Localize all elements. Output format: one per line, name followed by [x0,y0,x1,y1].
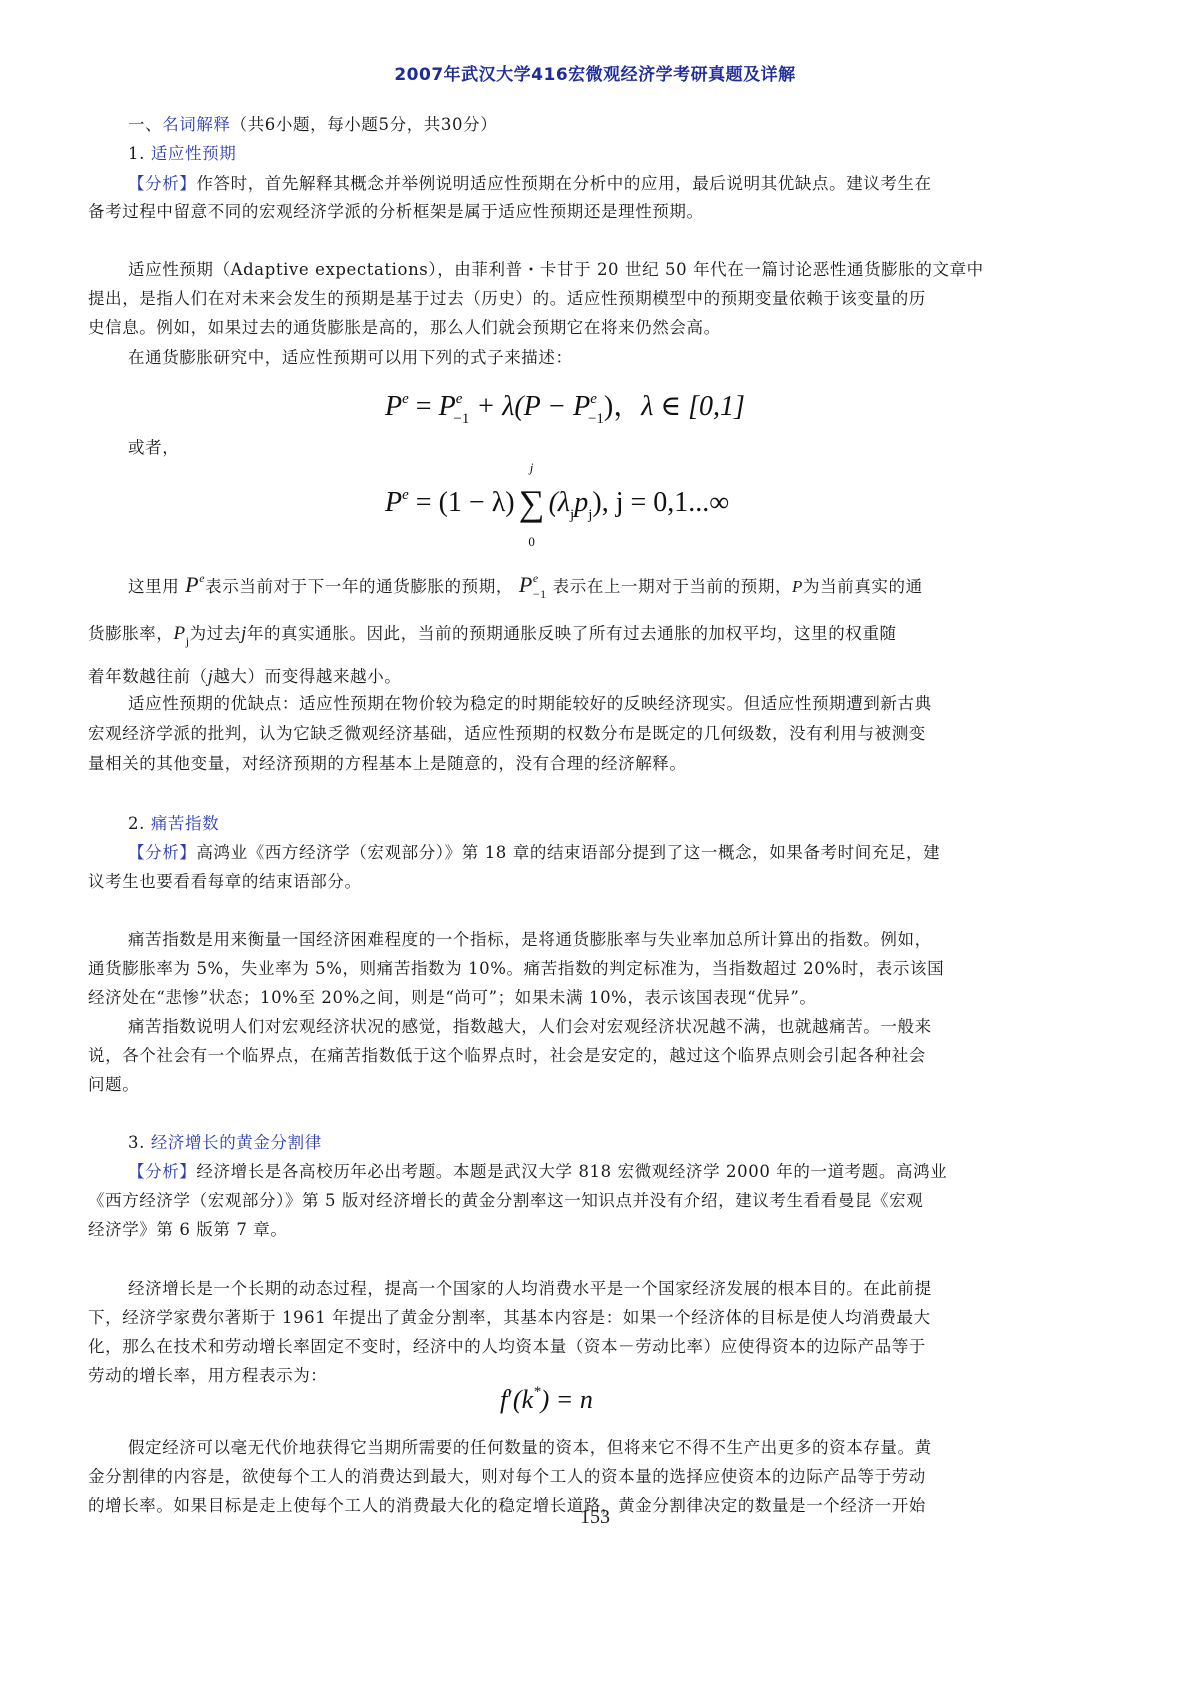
formula-term: P [385,487,402,518]
document-title: 2007年武汉大学416宏微观经济学考研真题及详解 [0,60,1190,85]
analysis-text: 作答时，首先解释其概念并举例说明适应性预期在分析中的应用，最后说明其优缺点。建议… [196,174,931,193]
formula-sup: e [456,391,463,407]
formula-op: = (1 − λ) [409,487,515,518]
question-2-heading: 2. 痛苦指数 [128,812,1108,836]
text: 年的真实通胀。因此，当前的预期通胀反映了所有过去通胀的加权平均，这里的权重随 [247,624,897,643]
question-number: 1. [128,144,145,163]
sum-upper-limit: j [515,460,549,476]
q1-analysis-line-1: 【分析】作答时，首先解释其概念并举例说明适应性预期在分析中的应用，最后说明其优缺… [128,172,1108,196]
text: 货膨胀率， [88,624,174,643]
text: 为过去 [190,624,241,643]
question-title: 适应性预期 [151,144,237,163]
q2-p1-line-1: 痛苦指数是用来衡量一国经济困难程度的一个指标，是将通货膨胀率与失业率加总所计算出… [128,928,1108,952]
q1-p6-line-1: 适应性预期的优缺点：适应性预期在物价较为稳定的时期能较好的反映经济现实。但适应性… [128,692,1108,716]
analysis-tag: 【分析】 [128,174,196,193]
analysis-text: 经济增长是各高校历年必出考题。本题是武汉大学 818 宏微观经济学 2000 年… [196,1162,947,1181]
analysis-tag: 【分析】 [128,1162,196,1181]
question-title: 经济增长的黄金分割律 [151,1133,322,1152]
formula-sup: e [402,487,409,503]
text: 表示当前对于下一年的通货膨胀的预期， [205,577,513,596]
summation-symbol: j∑0 [515,482,549,524]
text: 越大）而变得越来越小。 [213,667,401,686]
q1-or-text: 或者， [128,436,1108,460]
q2-p1-line-3: 经济处在“悲惨”状态；10%至 20%之间，则是“尚可”；如果未满 10%，表示… [88,986,1108,1010]
q2-p2-line-1: 痛苦指数说明人们对宏观经济状况的感觉，指数越大，人们会对宏观经济状况越不满，也就… [128,1015,1108,1039]
formula-term: (λ [549,487,570,518]
formula-op: )， [604,391,641,422]
symbol: P [174,623,186,644]
q3-analysis-line-1: 【分析】经济增长是各高校历年必出考题。本题是武汉大学 818 宏微观经济学 20… [128,1160,1108,1184]
question-number: 3. [128,1133,145,1152]
q1-p1-line-1: 适应性预期（Adaptive expectations），由菲利普・卡甘于 20… [128,258,1108,282]
q3-p1-line-4: 劳动的增长率，用方程表示为： [88,1364,1108,1388]
q2-analysis-line-1: 【分析】高鸿业《西方经济学（宏观部分）》第 18 章的结束语部分提到了这一概念，… [128,841,1108,865]
symbol: P [185,572,199,597]
section-heading: 一、名词解释（共6小题，每小题5分，共30分） [128,113,1108,137]
formula-op: = [409,391,439,422]
formula-term: ) = n [541,1385,593,1414]
page-number: 153 [0,1506,1190,1529]
q1-p2: 在通货膨胀研究中，适应性预期可以用下列的式子来描述： [128,346,1108,370]
formula-golden-rule: f′(k*) = n [500,1384,593,1415]
formula-op: + λ(P − [469,391,573,422]
text: 这里用 [128,577,179,596]
text: 表示在上一期对于当前的预期， [553,577,792,596]
q3-analysis-line-3: 经济学》第 6 版第 7 章。 [88,1218,1108,1242]
formula-term: p [574,487,588,518]
q2-p2-line-3: 问题。 [88,1073,1108,1097]
question-1-heading: 1. 适应性预期 [128,142,1108,166]
sum-lower-limit: 0 [515,534,549,550]
q1-p5: 着年数越往前（j越大）而变得越来越小。 [88,664,1108,689]
q3-p1-line-2: 下，经济学家费尔著斯于 1961 年提出了黄金分割率，其基本内容是：如果一个经济… [88,1306,1108,1330]
formula-term: (k [513,1385,533,1414]
formula-term: P [385,391,402,422]
q2-p2-line-2: 说，各个社会有一个临界点，在痛苦指数低于这个临界点时，社会是安定的，越过这个临界… [88,1044,1108,1068]
formula-sup: * [533,1384,541,1400]
analysis-text: 高鸿业《西方经济学（宏观部分）》第 18 章的结束语部分提到了这一概念，如果备考… [196,843,940,862]
q1-analysis-line-2: 备考过程中留意不同的宏观经济学派的分析框架是属于适应性预期还是理性预期。 [88,200,1108,224]
question-title: 痛苦指数 [151,814,219,833]
section-heading-title: 名词解释 [162,115,230,134]
symbol-sub: −1 [533,587,547,601]
q2-analysis-line-2: 议考生也要看看每章的结束语部分。 [88,870,1108,894]
formula-adaptive-expectations: Pe = Pe−1 + λ(P − Pe−1)，λ ∈ [0,1] [385,384,745,428]
formula-sup: e [402,391,409,407]
symbol-p: P [792,577,803,596]
q1-p1-line-3: 史信息。例如，如果过去的通货膨胀是高的，那么人们就会预期它在将来仍然会高。 [88,316,1108,340]
question-number: 2. [128,814,145,833]
q1-p6-line-2: 宏观经济学派的批判，认为它缺乏微观经济基础，适应性预期的权数分布是既定的几何级数… [88,722,1108,746]
analysis-tag: 【分析】 [128,843,196,862]
question-3-heading: 3. 经济增长的黄金分割律 [128,1131,1108,1155]
q3-p2-line-2: 金分割律的内容是，欲使每个工人的消费达到最大，则对每个工人的资本量的选择应使资本… [88,1465,1108,1489]
q3-p2-line-1: 假定经济可以毫无代价地获得它当期所需要的任何数量的资本，但将来它不得不生产出更多… [128,1436,1108,1460]
q1-p1-line-2: 提出，是指人们在对未来会发生的预期是基于过去（历史）的。适应性预期模型中的预期变… [88,287,1108,311]
q3-p1-line-3: 化，那么在技术和劳动增长率固定不变时，经济中的人均资本量（资本－劳动比率）应使得… [88,1335,1108,1359]
q3-analysis-line-2: 《西方经济学（宏观部分）》第 5 版对经济增长的黄金分割率这一知识点并没有介绍，… [88,1189,1108,1213]
section-heading-prefix: 一、 [128,115,162,134]
q1-p3: 这里用 Pe表示当前对于下一年的通货膨胀的预期， Pe−1 表示在上一期对于当前… [128,566,1108,606]
formula-sub: −1 [588,411,604,427]
formula-weighted-sum: Pe = (1 − λ)j∑0(λjpj), j = 0,1...∞ [385,482,729,524]
q1-p4: 货膨胀率，Pj为过去j年的真实通胀。因此，当前的预期通胀反映了所有过去通胀的加权… [88,622,1108,653]
symbol: P [519,572,533,597]
formula-op: ), j = 0,1...∞ [592,487,729,518]
q2-p1-line-2: 通货膨胀率为 5%，失业率为 5%，则痛苦指数为 10%。痛苦指数的判定标准为，… [88,957,1108,981]
formula-sup: e [590,391,597,407]
document-page: 2007年武汉大学416宏微观经济学考研真题及详解 一、名词解释（共6小题，每小… [0,0,1190,1683]
formula-sub: −1 [453,411,469,427]
symbol-sup: e [533,571,539,585]
text: 着年数越往前（ [88,667,208,686]
text: 为当前真实的通 [803,577,923,596]
symbol-pe: Pe [185,572,205,597]
symbol-pe-prev: Pe−1 [519,572,547,597]
q1-p6-line-3: 量相关的其他变量，对经济预期的方程基本上是随意的，没有合理的经济解释。 [88,752,1108,776]
symbol-pj: Pj [174,623,190,644]
q3-p1-line-1: 经济增长是一个长期的动态过程，提高一个国家的人均消费水平是一个国家经济发展的根本… [128,1277,1108,1301]
formula-domain: λ ∈ [0,1] [641,391,745,422]
sum-sigma: ∑ [519,483,545,523]
section-heading-note: （共6小题，每小题5分，共30分） [231,115,498,134]
